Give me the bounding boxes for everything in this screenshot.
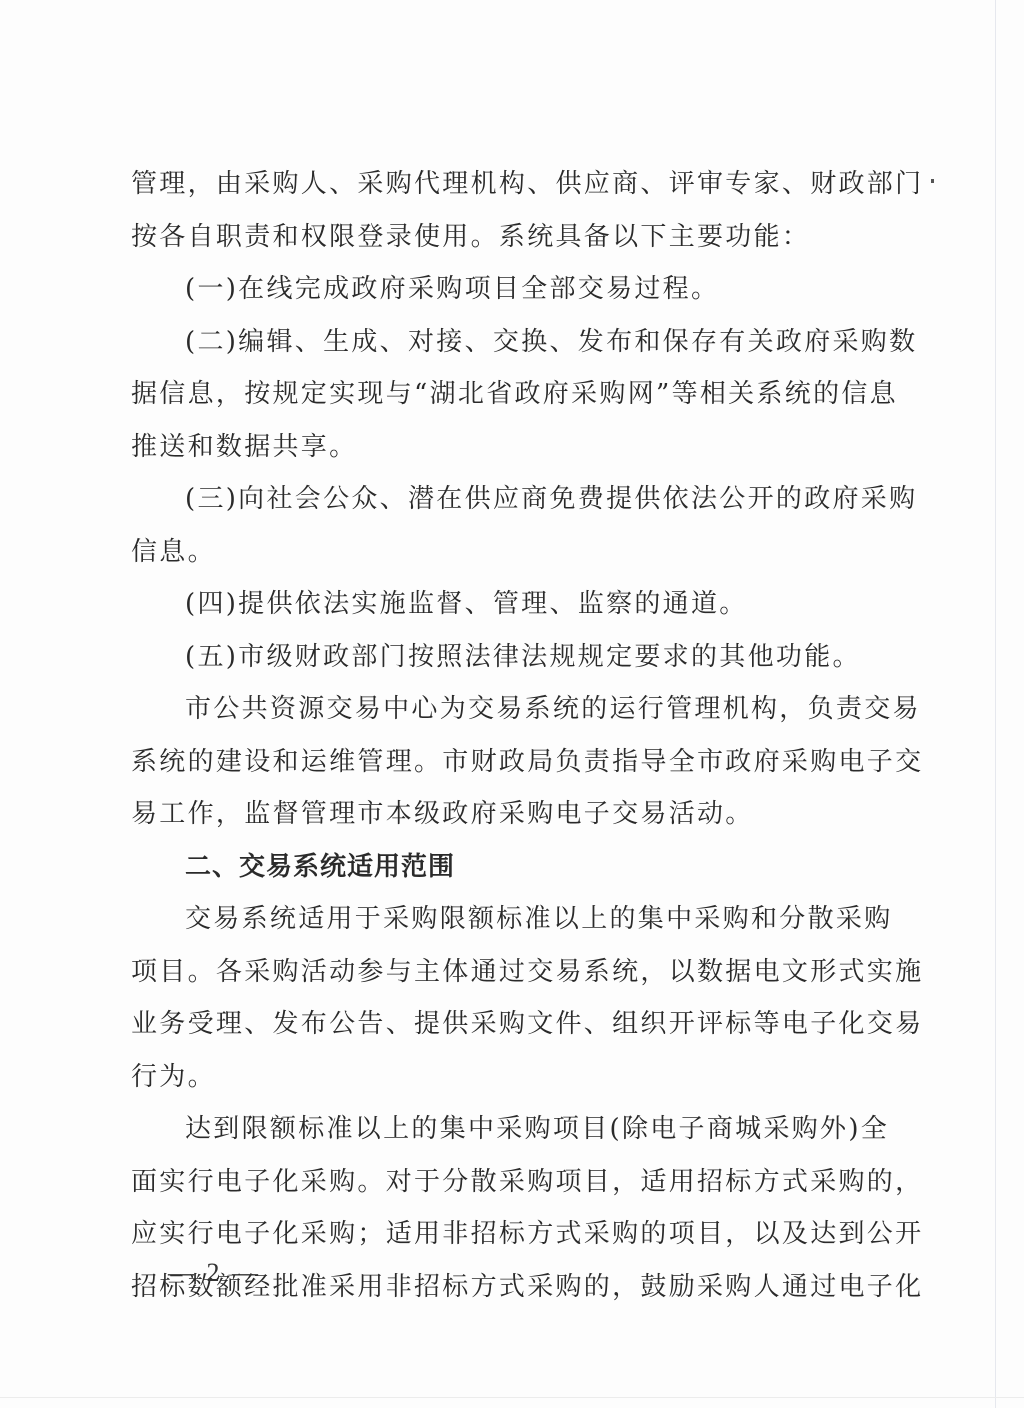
text-line: 项目。各采购活动参与主体通过交易系统，以数据电文形式实施 xyxy=(131,951,863,993)
page-number: — 2 — xyxy=(168,1258,261,1288)
section-heading: 二、交易系统适用范围 xyxy=(131,846,863,888)
scan-speck xyxy=(931,179,934,183)
paragraph-line: 交易系统适用于采购限额标准以上的集中采购和分散采购 xyxy=(131,898,863,940)
text-line: 行为。 xyxy=(131,1056,863,1098)
text-line: 信息。 xyxy=(131,531,863,573)
text-line: 业务受理、发布公告、提供采购文件、组织开评标等电子化交易 xyxy=(131,1003,863,1045)
scan-page-edge xyxy=(995,0,996,1408)
list-item-5: (五)市级财政部门按照法律法规规定要求的其他功能。 xyxy=(131,636,863,678)
list-item-4: (四)提供依法实施监督、管理、监察的通道。 xyxy=(131,583,863,625)
text-line: 推送和数据共享。 xyxy=(131,426,863,468)
scan-page-edge-bottom xyxy=(0,1397,1024,1398)
text-line: 面实行电子化采购。对于分散采购项目，适用招标方式采购的， xyxy=(131,1161,863,1203)
paragraph-line: 市公共资源交易中心为交易系统的运行管理机构，负责交易 xyxy=(131,688,863,730)
list-item-3: (三)向社会公众、潜在供应商免费提供依法公开的政府采购 xyxy=(131,478,863,520)
list-item-2: (二)编辑、生成、对接、交换、发布和保存有关政府采购数 xyxy=(131,321,863,363)
list-item-1: (一)在线完成政府采购项目全部交易过程。 xyxy=(131,268,863,310)
text-line: 易工作，监督管理市本级政府采购电子交易活动。 xyxy=(131,793,863,835)
document-body: 管理，由采购人、采购代理机构、供应商、评审专家、财政部门 按各自职责和权限登录使… xyxy=(131,163,863,1318)
text-line: 据信息，按规定实现与“湖北省政府采购网”等相关系统的信息 xyxy=(131,373,863,415)
paragraph-line: 达到限额标准以上的集中采购项目(除电子商城采购外)全 xyxy=(131,1108,863,1150)
text-line: 应实行电子化采购；适用非招标方式采购的项目，以及达到公开 xyxy=(131,1213,863,1255)
text-line: 系统的建设和运维管理。市财政局负责指导全市政府采购电子交 xyxy=(131,741,863,783)
text-line: 管理，由采购人、采购代理机构、供应商、评审专家、财政部门 xyxy=(131,163,863,205)
text-line: 按各自职责和权限登录使用。系统具备以下主要功能： xyxy=(131,216,863,258)
